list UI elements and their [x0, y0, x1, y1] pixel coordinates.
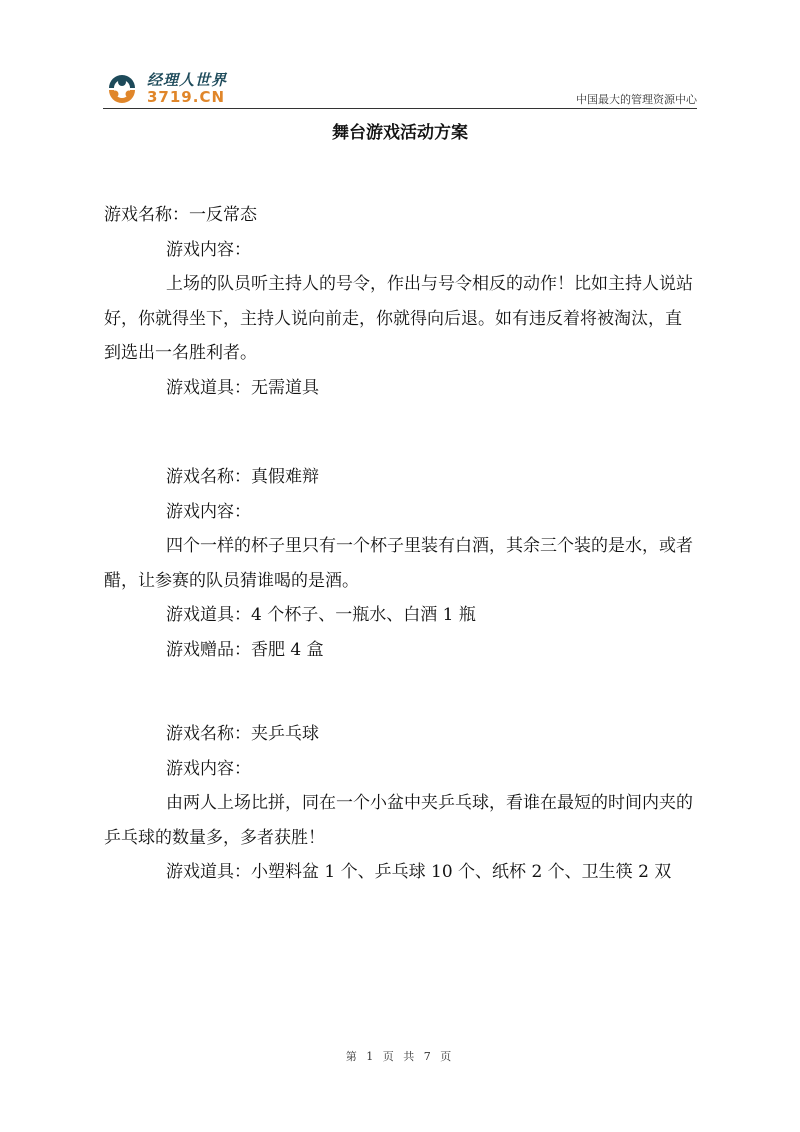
- game-2-name: 游戏名称：真假难辩: [104, 460, 696, 495]
- game-2-props: 游戏道具：4 个杯子、一瓶水、白酒 1 瓶: [104, 598, 696, 633]
- document-body: 游戏名称：一反常态 游戏内容： 上场的队员听主持人的号令，作出与号令相反的动作！…: [104, 198, 696, 890]
- game-2-content: 四个一样的杯子里只有一个杯子里装有白酒，其余三个装的是水，或者醋，让参赛的队员猜…: [104, 529, 696, 598]
- document-title: 舞台游戏活动方案: [0, 118, 800, 143]
- game-2-content-label: 游戏内容：: [104, 495, 696, 530]
- game-3-props: 游戏道具：小塑料盆 1 个、乒乓球 10 个、纸杯 2 个、卫生筷 2 双: [104, 855, 696, 890]
- game-3-content-label: 游戏内容：: [104, 752, 696, 787]
- page-number: 第 1 页 共 7 页: [0, 1048, 800, 1064]
- page-header: 经理人世界 3719.CN 中国最大的管理资源中心: [103, 66, 697, 109]
- logo-text-cn: 经理人世界: [147, 69, 227, 90]
- game-1-content-label: 游戏内容：: [104, 233, 696, 268]
- logo: 经理人世界 3719.CN: [103, 66, 263, 108]
- game-3-name: 游戏名称：夹乒乓球: [104, 717, 696, 752]
- logo-text-en: 3719.CN: [147, 88, 225, 106]
- game-1-content: 上场的队员听主持人的号令，作出与号令相反的动作！比如主持人说站好，你就得坐下，主…: [104, 267, 696, 371]
- header-slogan: 中国最大的管理资源中心: [576, 91, 697, 107]
- logo-icon: [106, 70, 138, 104]
- game-1-props: 游戏道具：无需道具: [104, 371, 696, 406]
- game-1-name: 游戏名称：一反常态: [104, 198, 696, 233]
- game-3-content: 由两人上场比拼，同在一个小盆中夹乒乓球，看谁在最短的时间内夹的乒乓球的数量多，多…: [104, 786, 696, 855]
- game-2-prizes: 游戏赠品：香肥 4 盒: [104, 633, 696, 668]
